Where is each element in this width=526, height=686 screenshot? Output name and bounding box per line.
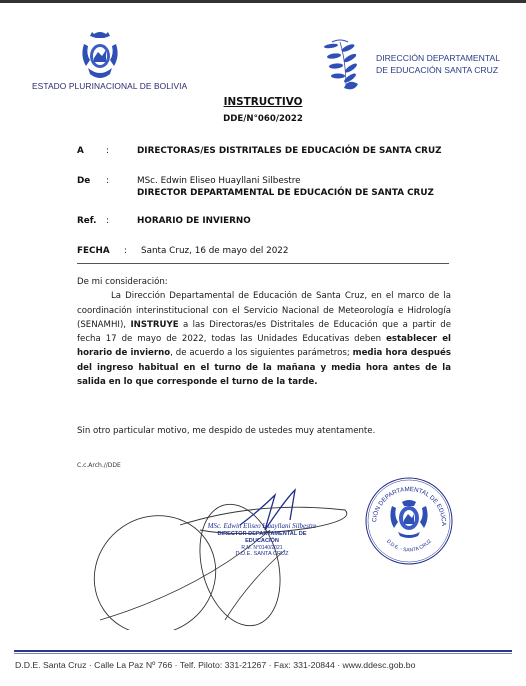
document-number: DDE/N°060/2022 [0, 114, 526, 124]
footer-contact: D.D.E. Santa Cruz · Calle La Paz Nº 766 … [15, 660, 415, 670]
salutation: De mi consideración: [77, 275, 451, 289]
footer-divider-thin [14, 653, 512, 654]
top-border [0, 0, 526, 3]
to-value: DIRECTORAS/ES DISTRITALES DE EDUCACIÓN D… [137, 146, 441, 156]
date-colon: : [124, 246, 127, 256]
svg-text:D.D.E. - SANTA CRUZ: D.D.E. - SANTA CRUZ [385, 539, 433, 554]
main-paragraph: La Dirección Departamental de Educación … [77, 289, 451, 389]
date-value: Santa Cruz, 16 de mayo del 2022 [141, 246, 288, 256]
to-colon: : [106, 146, 109, 156]
date-label: FECHA [77, 246, 110, 256]
reference-colon: : [106, 216, 109, 226]
signature-stamp: MSc. Edwin Eliseo Huayllani Silbestre DI… [207, 522, 317, 558]
signer-name: MSc. Edwin Eliseo Huayllani Silbestre [207, 522, 317, 531]
closing-line: Sin otro particular motivo, me despido d… [77, 426, 375, 436]
leaf-branch-icon [322, 34, 372, 94]
from-position: DIRECTOR DEPARTAMENTAL DE EDUCACIÓN DE S… [137, 188, 434, 198]
footer-divider [14, 650, 512, 652]
reference-value: HORARIO DE INVIERNO [137, 216, 251, 226]
paragraph-instruction: INSTRUYE [130, 320, 178, 330]
from-name: MSc. Edwin Eliseo Huayllani Silbestre [137, 176, 301, 186]
department-name-line2: DE EDUCACIÓN SANTA CRUZ [376, 64, 500, 76]
state-name: ESTADO PLURINACIONAL DE BOLIVIA [32, 81, 187, 91]
reference-label: Ref. [77, 216, 96, 226]
carbon-copy: C.c.Arch.//DDE [77, 462, 121, 469]
document-title: INSTRUCTIVO [0, 96, 526, 108]
signer-position: DIRECTOR DEPARTAMENTAL DE EDUCACIÓN [207, 531, 317, 545]
to-label: A [77, 146, 84, 156]
document-title-text: INSTRUCTIVO [224, 96, 303, 108]
bolivia-coat-of-arms-icon [78, 30, 122, 82]
from-colon: : [106, 176, 109, 186]
header-divider [77, 263, 449, 264]
letter-body: De mi consideración: La Dirección Depart… [77, 275, 451, 389]
from-label: De [77, 176, 90, 186]
department-name: DIRECCIÓN DEPARTAMENTAL DE EDUCACIÓN SAN… [376, 52, 500, 76]
signer-office: D.D.E. SANTA CRUZ [207, 551, 317, 558]
official-seal-icon: DIRECCIÓN DEPARTAMENTAL DE EDUCACIÓN D.D… [364, 476, 454, 566]
paragraph-text: , de acuerdo a los siguientes parámetros… [170, 348, 353, 358]
department-name-line1: DIRECCIÓN DEPARTAMENTAL [376, 52, 500, 64]
